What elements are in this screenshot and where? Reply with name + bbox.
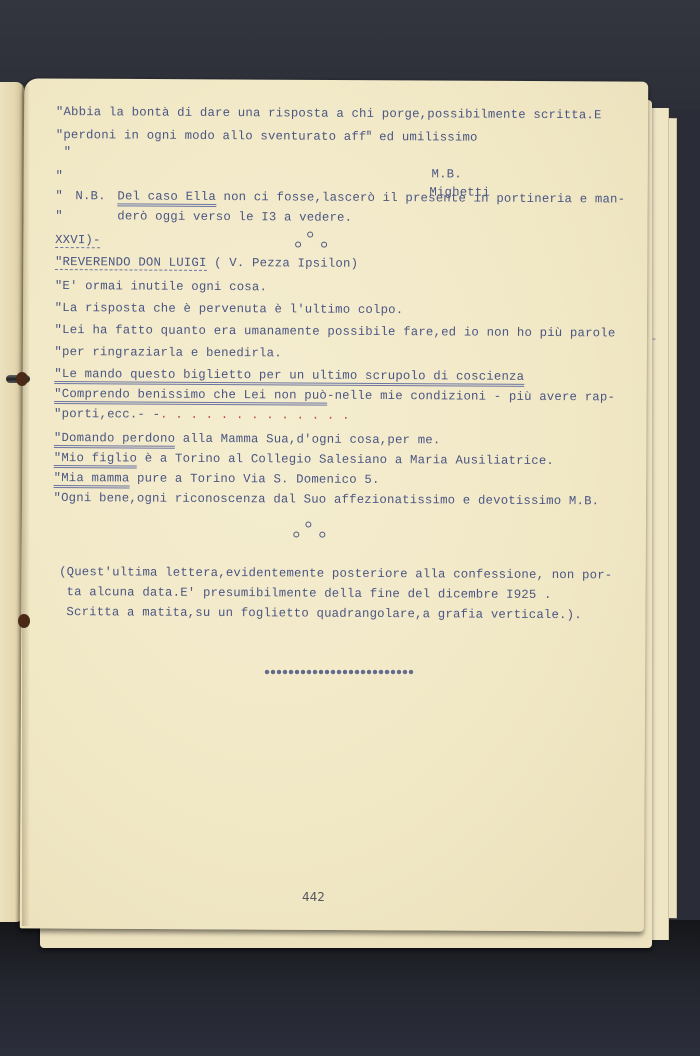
- text-line: "Le mando questo biglietto per un ultimo…: [54, 366, 524, 385]
- text-fragment: "perdoni in ogni modo allo sventurato af…: [56, 128, 367, 144]
- closing-line: "Ogni bene,ogni riconoscenza dal Suo aff…: [53, 490, 599, 509]
- text-line: "La risposta che è pervenuta è l'ultimo …: [55, 300, 404, 318]
- text-line: "E' ormai inutile ogni cosa.: [55, 278, 267, 295]
- section-number-text: XXVI)-: [55, 233, 101, 248]
- text-fragment: -nelle mie condizioni - più avere rap-: [327, 389, 615, 405]
- note-line: Scritta a matita,su un foglietto quadran…: [59, 604, 582, 623]
- page-number: 442: [302, 890, 325, 904]
- underlined-text: Del caso Ella: [117, 189, 216, 207]
- ornament-three-circles: [295, 231, 335, 255]
- decorative-divider: [264, 668, 414, 676]
- gutter-shadow: [22, 86, 30, 926]
- text-line: "Comprendo benissimo che Lei non può-nel…: [54, 386, 615, 405]
- note-line: (Quest'ultima lettera,evidentemente post…: [59, 564, 612, 583]
- text-line: "perdoni in ogni modo allo sventurato af…: [56, 124, 478, 146]
- underlined-text: "Comprendo benissimo che Lei non può: [54, 387, 327, 406]
- red-dotted-mark: . . . . . . . . . . . . .: [160, 408, 350, 423]
- nota-bene-label: N.B.: [75, 188, 105, 204]
- text-line: "Mio figlio è a Torino al Collegio Sales…: [54, 450, 554, 469]
- ornament-three-circles: [293, 521, 333, 545]
- nota-bene-line-2: derò oggi verso le I3 a vedere.: [117, 208, 352, 225]
- text-fragment: non ci fosse,lascerò il presente in port…: [216, 190, 625, 206]
- section-number: XXVI)-: [55, 232, 101, 248]
- text-line: "Domando perdono alla Mamma Sua,d'ogni c…: [54, 430, 441, 448]
- underlined-text: "Le mando questo biglietto per un ultimo…: [54, 367, 524, 387]
- ditto-mark: ": [55, 188, 63, 204]
- underlined-text: "Domando perdono: [54, 431, 175, 449]
- signature-initials: M.B.: [431, 166, 461, 182]
- letter-heading: "REVERENDO DON LUIGI ( V. Pezza Ipsilon): [55, 254, 358, 272]
- binding-hole: [18, 614, 30, 628]
- text-fragment: è a Torino al Collegio Salesiano a Maria…: [137, 452, 554, 469]
- text-line: "porti,ecc.- -. . . . . . . . . . . . .: [54, 406, 350, 424]
- heading-rest: ( V. Pezza Ipsilon): [207, 256, 359, 271]
- text-fragment: ed umilissimo: [371, 130, 477, 145]
- ditto-mark: ": [64, 144, 72, 160]
- binding-hole: [16, 372, 28, 386]
- text-fragment: pure a Torino Via S. Domenico 5.: [129, 471, 379, 487]
- note-line: ta alcuna data.E' presumibilmente della …: [59, 584, 552, 603]
- text-line: "Mia mamma pure a Torino Via S. Domenico…: [54, 470, 380, 488]
- text-fragment: alla Mamma Sua,d'ogni cosa,per me.: [175, 432, 440, 448]
- underlined-text: "Mia mamma: [54, 471, 130, 488]
- nota-bene-line: Del caso Ella non ci fosse,lascerò il pr…: [117, 188, 625, 207]
- underlined-text: "Mio figlio: [54, 451, 137, 469]
- ditto-mark: ": [55, 208, 63, 224]
- ditto-mark: ": [55, 168, 63, 184]
- text-fragment: "porti,ecc.- -: [54, 407, 160, 422]
- text-line: "Abbia la bontà di dare una risposta a c…: [56, 104, 602, 123]
- heading-underlined: "REVERENDO DON LUIGI: [55, 255, 207, 271]
- text-line: "per ringraziarla e benedirla.: [54, 344, 281, 361]
- text-line: "Lei ha fatto quanto era umanamente poss…: [55, 322, 616, 341]
